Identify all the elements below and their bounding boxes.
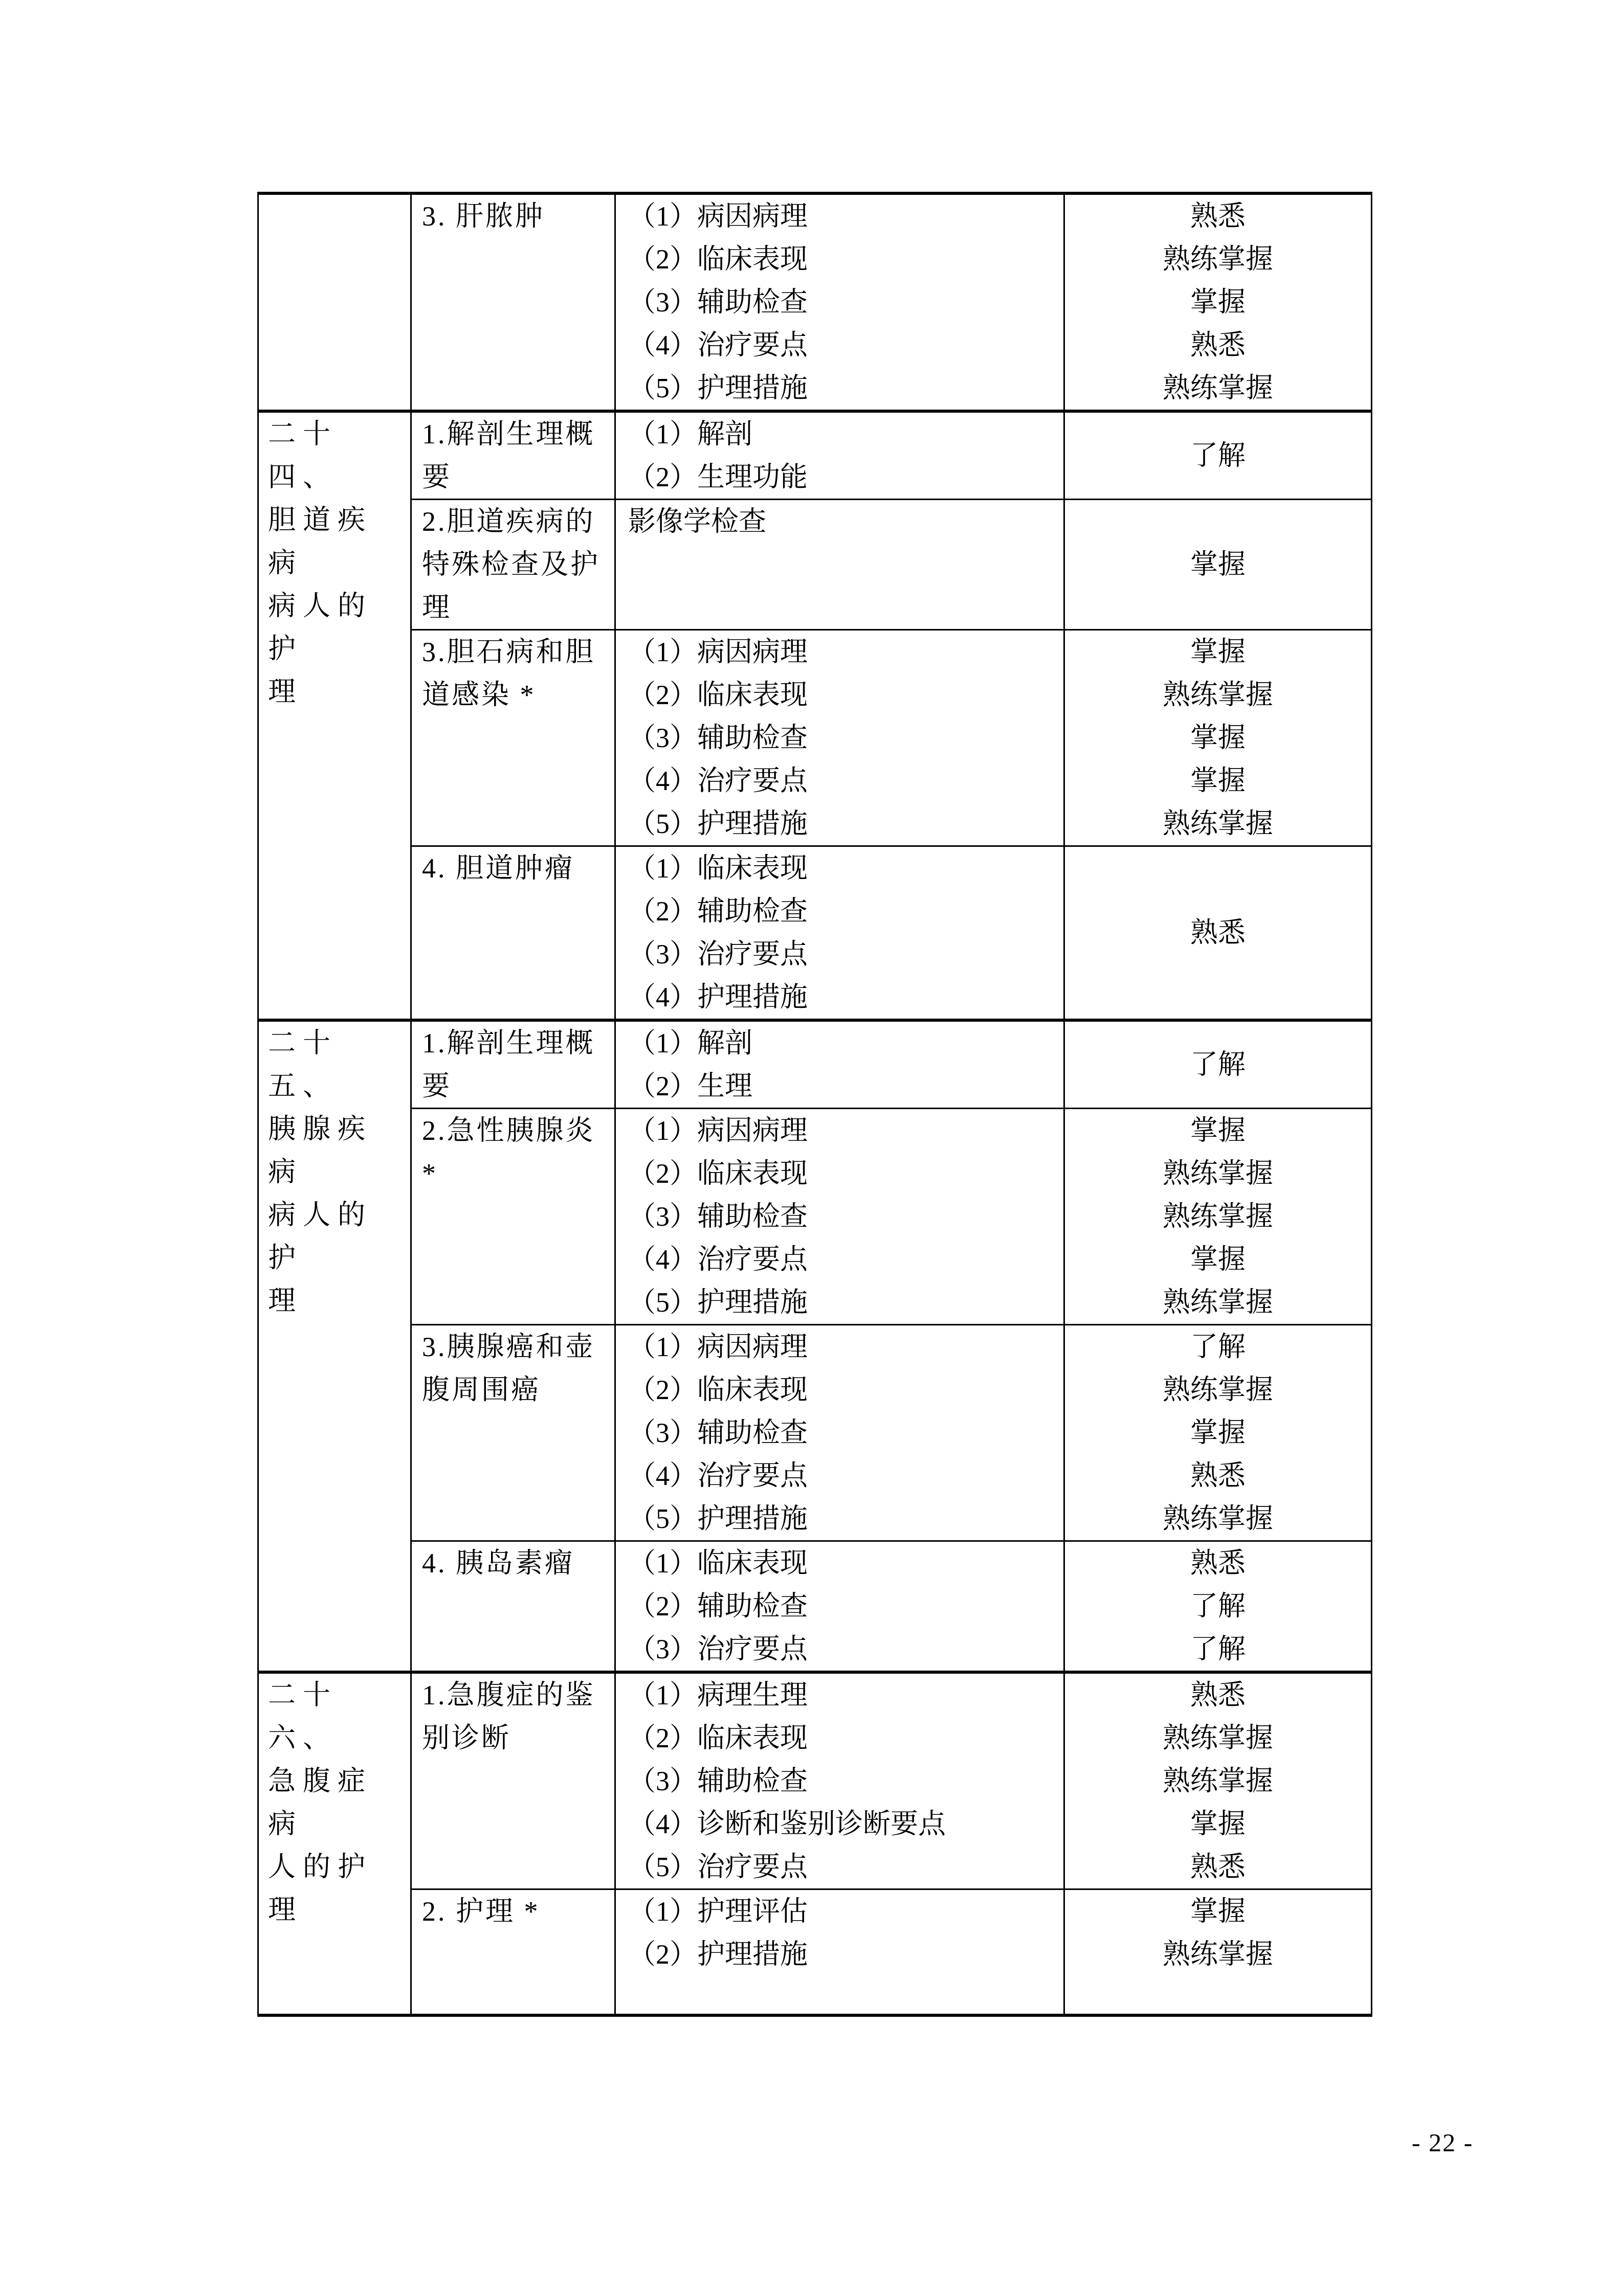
- items-cell: （1）临床表现 （2）辅助检查 （3）治疗要点 （4）护理措施: [615, 846, 1064, 1021]
- items-cell: （1）解剖 （2）生理功能: [615, 411, 1064, 500]
- chapter-cell-25: 二十五、 胰腺疾病 病人的护 理: [258, 1020, 411, 1672]
- section-cell: 4. 胆道肿瘤: [411, 846, 615, 1021]
- level-cell: 熟悉: [1064, 846, 1372, 1021]
- items-cell: （1）临床表现 （2）辅助检查 （3）治疗要点: [615, 1541, 1064, 1673]
- section-cell: 2.胆道疾病的 特殊检查及护 理: [411, 500, 615, 630]
- section-cell: 2.急性胰腺炎 *: [411, 1109, 615, 1325]
- level-cell: 熟悉 熟练掌握 掌握 熟悉 熟练掌握: [1064, 193, 1372, 411]
- section-cell: 2. 护理 *: [411, 1889, 615, 2015]
- section-cell: 3.胆石病和胆 道感染 *: [411, 630, 615, 846]
- level-cell: 掌握 熟练掌握 掌握 掌握 熟练掌握: [1064, 630, 1372, 846]
- items-cell: （1）护理评估 （2）护理措施: [615, 1889, 1064, 2015]
- items-cell: （1）病因病理 （2）临床表现 （3）辅助检查 （4）治疗要点 （5）护理措施: [615, 193, 1064, 411]
- section-cell: 3.胰腺癌和壶 腹周围癌: [411, 1325, 615, 1541]
- level-cell: 熟悉 了解 了解: [1064, 1541, 1372, 1673]
- section-cell: 1.解剖生理概 要: [411, 411, 615, 500]
- syllabus-table: 3. 肝脓肿 （1）病因病理 （2）临床表现 （3）辅助检查 （4）治疗要点 （…: [257, 192, 1372, 2017]
- items-cell: （1）病因病理 （2）临床表现 （3）辅助检查 （4）治疗要点 （5）护理措施: [615, 630, 1064, 846]
- level-cell: 掌握 熟练掌握 熟练掌握 掌握 熟练掌握: [1064, 1109, 1372, 1325]
- chapter-cell-24: 二十四、 胆道疾病 病人的护 理: [258, 411, 411, 1020]
- section-cell: 3. 肝脓肿: [411, 193, 615, 411]
- level-cell: 掌握 熟练掌握: [1064, 1889, 1372, 2015]
- level-cell: 了解: [1064, 1020, 1372, 1109]
- items-cell: （1）病因病理 （2）临床表现 （3）辅助检查 （4）治疗要点 （5）护理措施: [615, 1325, 1064, 1541]
- items-cell: 影像学检查: [615, 500, 1064, 630]
- items-cell: （1）病因病理 （2）临床表现 （3）辅助检查 （4）治疗要点 （5）护理措施: [615, 1109, 1064, 1325]
- chapter-cell-26: 二十六、 急腹症病 人的护理: [258, 1672, 411, 2015]
- chapter-cell-continued: [258, 193, 411, 411]
- items-cell: （1）解剖 （2）生理: [615, 1020, 1064, 1109]
- section-cell: 4. 胰岛素瘤: [411, 1541, 615, 1673]
- level-cell: 熟悉 熟练掌握 熟练掌握 掌握 熟悉: [1064, 1672, 1372, 1889]
- level-cell: 了解: [1064, 411, 1372, 500]
- page-number: - 22 -: [1412, 2127, 1473, 2158]
- level-cell: 掌握: [1064, 500, 1372, 630]
- document-page: 3. 肝脓肿 （1）病因病理 （2）临床表现 （3）辅助检查 （4）治疗要点 （…: [0, 0, 1624, 2296]
- items-cell: （1）病理生理 （2）临床表现 （3）辅助检查 （4）诊断和鉴别诊断要点 （5）…: [615, 1672, 1064, 1889]
- level-cell: 了解 熟练掌握 掌握 熟悉 熟练掌握: [1064, 1325, 1372, 1541]
- section-cell: 1.急腹症的鉴 别诊断: [411, 1672, 615, 1889]
- section-cell: 1.解剖生理概 要: [411, 1020, 615, 1109]
